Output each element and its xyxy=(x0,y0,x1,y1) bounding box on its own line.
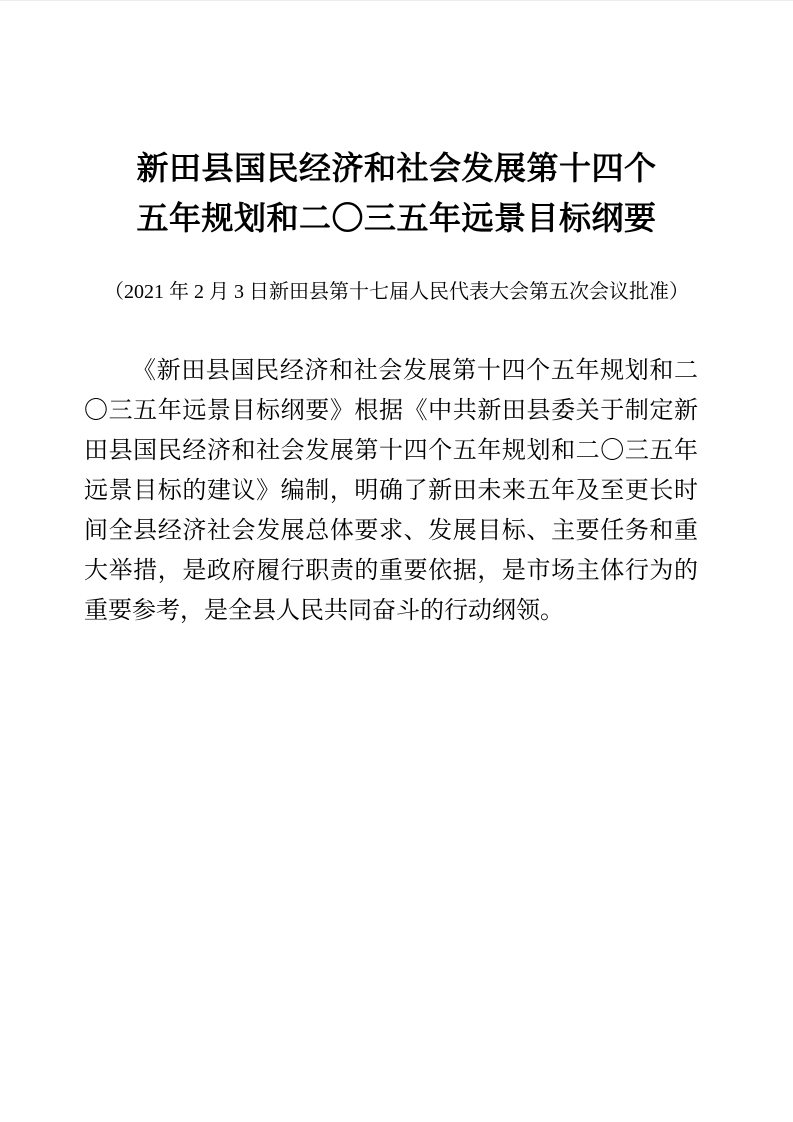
body-line-6: 大举措，是政府履行职责的重要依据，是市场主体行为的 xyxy=(84,551,698,591)
body-line-2: 〇三五年远景目标纲要》根据《中共新田县委关于制定新 xyxy=(84,391,698,431)
approval-note: （2021 年 2 月 3 日新田县第十七届人民代表大会第五次会议批准） xyxy=(0,279,793,305)
body-line-5: 间全县经济社会发展总体要求、发展目标、主要任务和重 xyxy=(84,511,698,551)
document-body-paragraph: 《新田县国民经济和社会发展第十四个五年规划和二 〇三五年远景目标纲要》根据《中共… xyxy=(84,351,698,631)
body-line-7: 重要参考，是全县人民共同奋斗的行动纲领。 xyxy=(84,591,698,631)
document-title-line-2: 五年规划和二〇三五年远景目标纲要 xyxy=(0,193,793,243)
document-title-line-1: 新田县国民经济和社会发展第十四个 xyxy=(0,143,793,193)
body-line-1: 《新田县国民经济和社会发展第十四个五年规划和二 xyxy=(84,351,698,391)
document-title: 新田县国民经济和社会发展第十四个 五年规划和二〇三五年远景目标纲要 xyxy=(0,1,793,243)
body-line-3: 田县国民经济和社会发展第十四个五年规划和二〇三五年 xyxy=(84,431,698,471)
document-page: 新田县国民经济和社会发展第十四个 五年规划和二〇三五年远景目标纲要 （2021 … xyxy=(0,0,793,1122)
body-line-4: 远景目标的建议》编制，明确了新田未来五年及至更长时 xyxy=(84,471,698,511)
